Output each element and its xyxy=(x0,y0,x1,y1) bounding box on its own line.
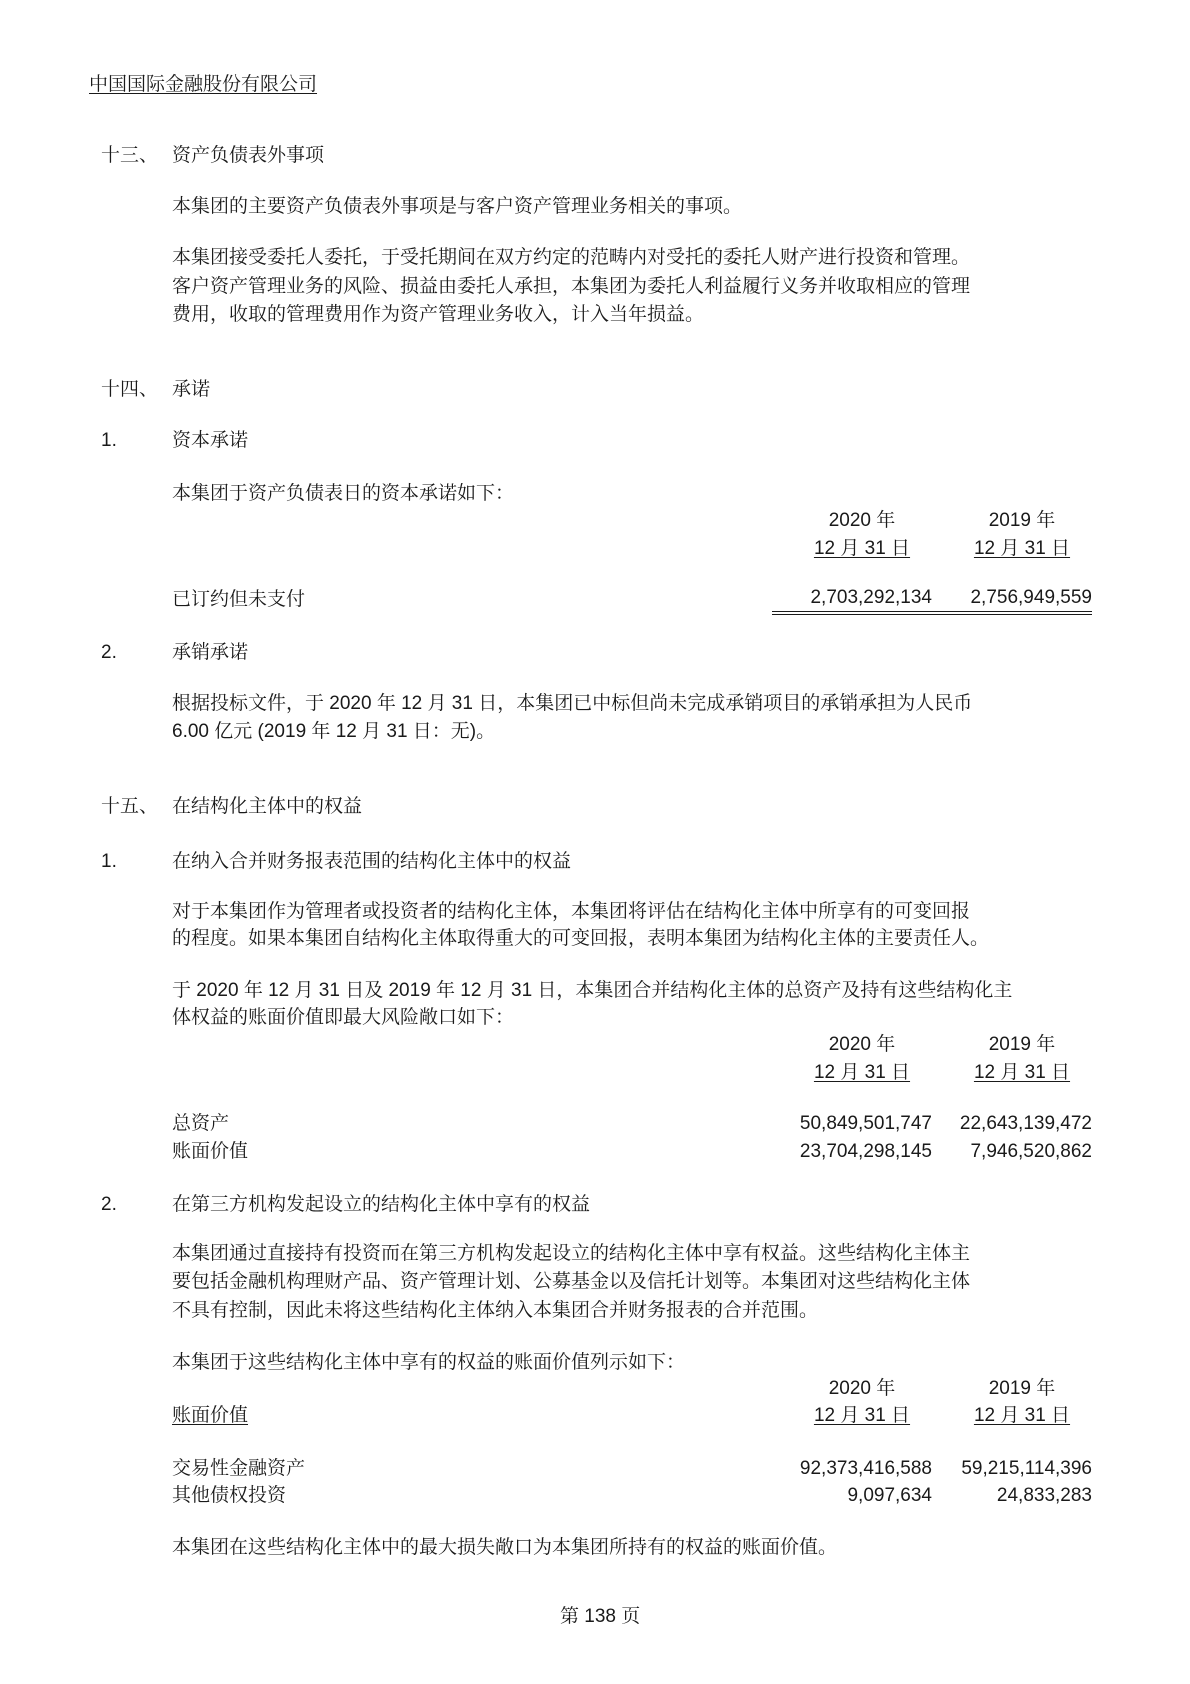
section-14-1-intro: 本集团于资产负债表日的资本承诺如下： xyxy=(172,483,514,505)
row-value-2020: 9,097,634 xyxy=(772,1485,932,1507)
page-number: 第 138 页 xyxy=(560,1606,640,1628)
col-2020-year: 2020 年 xyxy=(787,1034,937,1056)
col-2020-date: 12 月 31 日 xyxy=(814,1405,910,1426)
row-label: 总资产 xyxy=(172,1113,229,1135)
row-value-2019: 22,643,139,472 xyxy=(932,1113,1092,1135)
section-14-1-title: 资本承诺 xyxy=(172,430,248,452)
row-value-2019: 7,946,520,862 xyxy=(932,1141,1092,1163)
section-13-para1: 本集团的主要资产负债表外事项是与客户资产管理业务相关的事项。 xyxy=(172,196,742,218)
section-15-2-para-line1: 本集团通过直接持有投资而在第三方机构发起设立的结构化主体中享有权益。这些结构化主… xyxy=(172,1243,970,1265)
section-14-2-title: 承销承诺 xyxy=(172,642,248,664)
section-14-1-number: 1. xyxy=(101,430,117,452)
section-15-1-number: 1. xyxy=(101,851,117,873)
row-value-2020: 23,704,298,145 xyxy=(772,1141,932,1163)
section-15-2-title: 在第三方机构发起设立的结构化主体中享有的权益 xyxy=(172,1194,590,1216)
col-2019-date: 12 月 31 日 xyxy=(974,1062,1070,1083)
section-15-2-para-line2: 要包括金融机构理财产品、资产管理计划、公募基金以及信托计划等。本集团对这些结构化… xyxy=(172,1271,970,1293)
section-15-2-number: 2. xyxy=(101,1194,117,1216)
row-value-2020: 2,703,292,134 xyxy=(772,587,932,615)
col-2020-date: 12 月 31 日 xyxy=(814,538,910,559)
col-2019-year: 2019 年 xyxy=(947,1378,1097,1400)
section-13-para2-line1: 本集团接受委托人委托，于受托期间在双方约定的范畴内对受托的委托人财产进行投资和管… xyxy=(172,247,970,269)
section-15-1-para2-line2: 体权益的账面价值即最大风险敞口如下： xyxy=(172,1007,514,1029)
section-15-2-intro: 本集团于这些结构化主体中享有的权益的账面价值列示如下： xyxy=(172,1352,685,1374)
section-14-2-para-line2: 6.00 亿元 (2019 年 12 月 31 日：无)。 xyxy=(172,721,495,743)
section-13-title: 资产负债表外事项 xyxy=(172,145,324,167)
section-14-2-para-line1: 根据投标文件，于 2020 年 12 月 31 日，本集团已中标但尚未完成承销项… xyxy=(172,693,972,715)
company-header: 中国国际金融股份有限公司 xyxy=(89,74,317,96)
section-15-2-para-line3: 不具有控制，因此未将这些结构化主体纳入本集团合并财务报表的合并范围。 xyxy=(172,1300,818,1322)
row-value-2020: 50,849,501,747 xyxy=(772,1113,932,1135)
section-13-para2-line2: 客户资产管理业务的风险、损益由委托人承担，本集团为委托人利益履行义务并收取相应的… xyxy=(172,276,970,298)
section-15-1-para2-line1: 于 2020 年 12 月 31 日及 2019 年 12 月 31 日，本集团… xyxy=(172,980,1012,1002)
col-2019-year: 2019 年 xyxy=(947,1034,1097,1056)
section-14-title: 承诺 xyxy=(172,379,210,401)
section-15-2-closing: 本集团在这些结构化主体中的最大损失敞口为本集团所持有的权益的账面价值。 xyxy=(172,1537,837,1559)
section-15-number: 十五、 xyxy=(101,796,158,818)
row-label: 账面价值 xyxy=(172,1141,248,1163)
table-label: 账面价值 xyxy=(172,1405,248,1427)
row-value-2019: 59,215,114,396 xyxy=(932,1458,1092,1480)
col-2019-date: 12 月 31 日 xyxy=(974,538,1070,559)
section-15-1-para1-line2: 的程度。如果本集团自结构化主体取得重大的可变回报，表明本集团为结构化主体的主要责… xyxy=(172,928,989,950)
row-value-2020: 92,373,416,588 xyxy=(772,1458,932,1480)
row-value-2019: 2,756,949,559 xyxy=(932,587,1092,615)
row-label: 其他债权投资 xyxy=(172,1485,286,1507)
col-2020-year: 2020 年 xyxy=(787,510,937,532)
section-15-title: 在结构化主体中的权益 xyxy=(172,796,362,818)
section-13-number: 十三、 xyxy=(101,145,158,167)
section-14-number: 十四、 xyxy=(101,379,158,401)
row-label: 已订约但未支付 xyxy=(172,589,305,611)
row-value-2019: 24,833,283 xyxy=(932,1485,1092,1507)
col-2020-year: 2020 年 xyxy=(787,1378,937,1400)
section-15-1-title: 在纳入合并财务报表范围的结构化主体中的权益 xyxy=(172,851,571,873)
section-14-2-number: 2. xyxy=(101,642,117,664)
section-15-1-para1-line1: 对于本集团作为管理者或投资者的结构化主体，本集团将评估在结构化主体中所享有的可变… xyxy=(172,901,970,923)
section-13-para2-line3: 费用，收取的管理费用作为资产管理业务收入，计入当年损益。 xyxy=(172,304,704,326)
col-2020-date: 12 月 31 日 xyxy=(814,1062,910,1083)
col-2019-year: 2019 年 xyxy=(947,510,1097,532)
col-2019-date: 12 月 31 日 xyxy=(974,1405,1070,1426)
row-label: 交易性金融资产 xyxy=(172,1458,305,1480)
